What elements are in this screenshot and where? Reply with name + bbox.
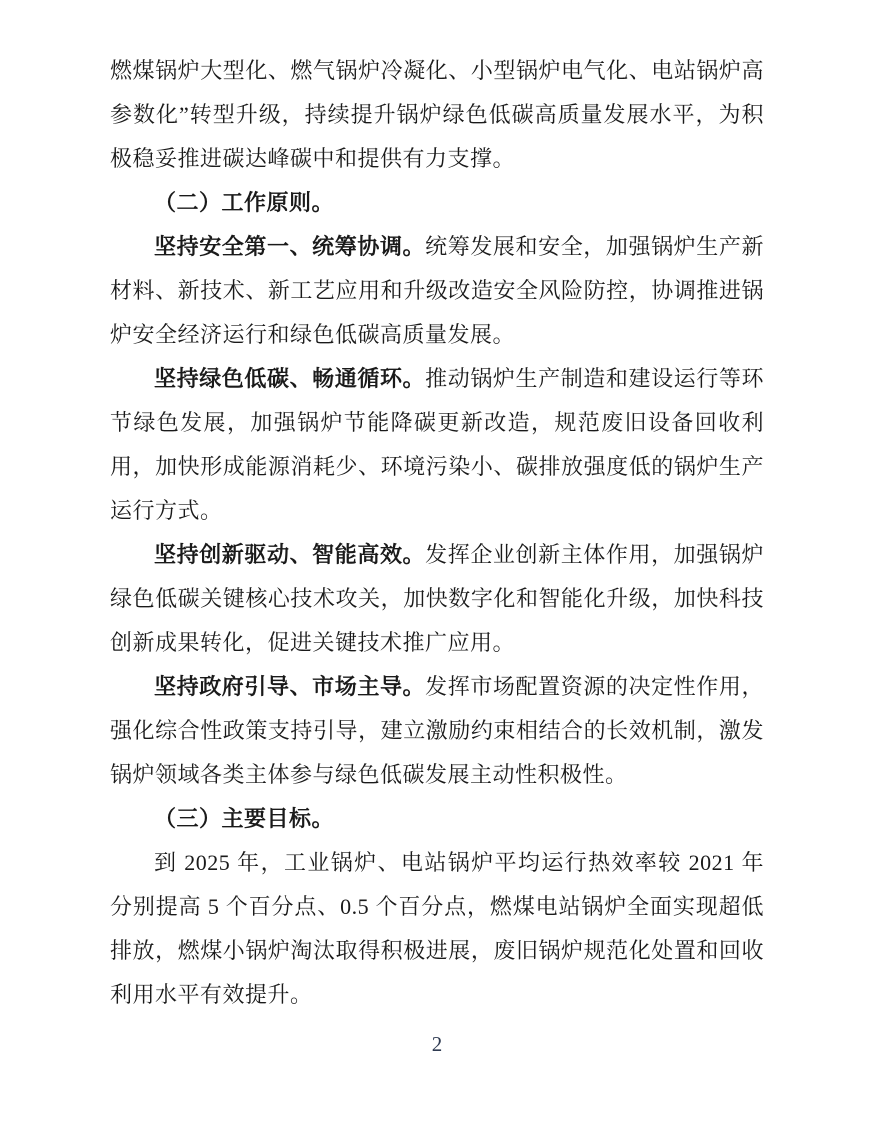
- heading-main-goals: （三）主要目标。: [110, 797, 764, 841]
- bold-lead-text: 坚持绿色低碳、畅通循环。: [154, 366, 425, 391]
- bold-lead-text: 坚持创新驱动、智能高效。: [154, 542, 425, 567]
- para-principle-government: 坚持政府引导、市场主导。发挥市场配置资源的决定性作用，强化综合性政策支持引导，建…: [110, 665, 764, 797]
- page-number: 2: [432, 1032, 443, 1056]
- document-body: 燃煤锅炉大型化、燃气锅炉冷凝化、小型锅炉电气化、电站锅炉高参数化”转型升级，持续…: [110, 49, 764, 1017]
- para-transition-upgrade: 燃煤锅炉大型化、燃气锅炉冷凝化、小型锅炉电气化、电站锅炉高参数化”转型升级，持续…: [110, 49, 764, 181]
- bold-lead-text: （三）主要目标。: [154, 806, 334, 831]
- bold-lead-text: 坚持安全第一、统筹协调。: [154, 234, 425, 259]
- para-principle-safety: 坚持安全第一、统筹协调。统筹发展和安全，加强锅炉生产新材料、新技术、新工艺应用和…: [110, 225, 764, 357]
- body-text: 燃煤锅炉大型化、燃气锅炉冷凝化、小型锅炉电气化、电站锅炉高参数化”转型升级，持续…: [110, 58, 764, 171]
- bold-lead-text: 坚持政府引导、市场主导。: [154, 674, 425, 699]
- para-principle-innovation: 坚持创新驱动、智能高效。发挥企业创新主体作用，加强锅炉绿色低碳关键核心技术攻关，…: [110, 533, 764, 665]
- bold-lead-text: （二）工作原则。: [154, 190, 334, 215]
- page-footer: 2: [110, 1031, 764, 1057]
- para-goals-2025: 到 2025 年，工业锅炉、电站锅炉平均运行热效率较 2021 年分别提高 5 …: [110, 841, 764, 1017]
- para-principle-green: 坚持绿色低碳、畅通循环。推动锅炉生产制造和建设运行等环节绿色发展，加强锅炉节能降…: [110, 357, 764, 533]
- document-page: 燃煤锅炉大型化、燃气锅炉冷凝化、小型锅炉电气化、电站锅炉高参数化”转型升级，持续…: [0, 0, 874, 1133]
- body-text: 到 2025 年，工业锅炉、电站锅炉平均运行热效率较 2021 年分别提高 5 …: [110, 850, 764, 1007]
- heading-work-principles: （二）工作原则。: [110, 181, 764, 225]
